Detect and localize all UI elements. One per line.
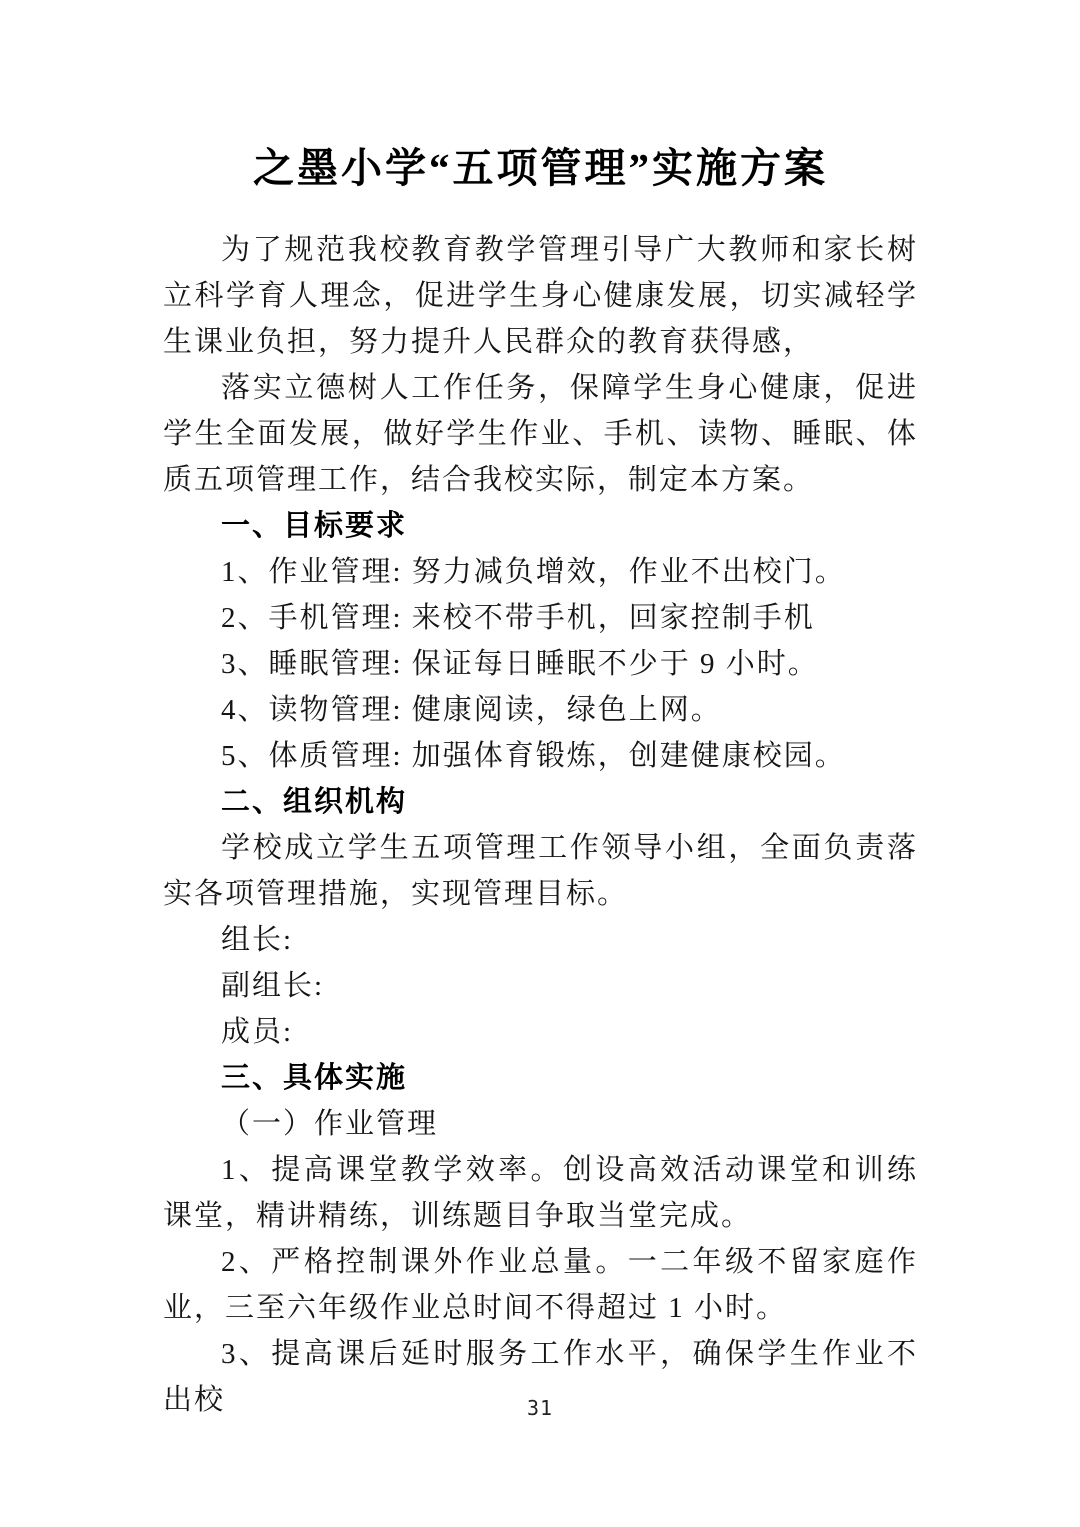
paragraph-intro-1: 为了规范我校教育教学管理引导广大教师和家长树立科学育人理念，促进学生身心健康发展… (163, 227, 918, 365)
page-number: 31 (0, 1396, 1080, 1420)
list-item-fitness: 5、体质管理: 加强体育锻炼，创建健康校园。 (163, 733, 918, 779)
label-deputy-leader: 副组长: (163, 963, 918, 1009)
section-heading-goals: 一、目标要求 (163, 503, 918, 549)
list-item-reading: 4、读物管理: 健康阅读，绿色上网。 (163, 687, 918, 733)
section-heading-implementation: 三、具体实施 (163, 1055, 918, 1101)
label-group-leader: 组长: (163, 917, 918, 963)
list-item-sleep: 3、睡眠管理: 保证每日睡眠不少于 9 小时。 (163, 641, 918, 687)
document-page: 之墨小学“五项管理”实施方案 为了规范我校教育教学管理引导广大教师和家长树立科学… (0, 0, 1080, 1527)
subsection-heading-homework: （一）作业管理 (163, 1101, 918, 1147)
label-members: 成员: (163, 1009, 918, 1055)
paragraph-organization: 学校成立学生五项管理工作领导小组，全面负责落实各项管理措施，实现管理目标。 (163, 825, 918, 917)
list-item-phone: 2、手机管理: 来校不带手机，回家控制手机 (163, 595, 918, 641)
document-title: 之墨小学“五项管理”实施方案 (163, 140, 918, 197)
paragraph-impl-1: 1、提高课堂教学效率。创设高效活动课堂和训练课堂，精讲精练，训练题目争取当堂完成… (163, 1147, 918, 1239)
paragraph-intro-2: 落实立德树人工作任务，保障学生身心健康，促进学生全面发展，做好学生作业、手机、读… (163, 365, 918, 503)
section-heading-organization: 二、组织机构 (163, 779, 918, 825)
list-item-homework: 1、作业管理: 努力减负增效，作业不出校门。 (163, 549, 918, 595)
paragraph-impl-2: 2、严格控制课外作业总量。一二年级不留家庭作业，三至六年级作业总时间不得超过 1… (163, 1239, 918, 1331)
